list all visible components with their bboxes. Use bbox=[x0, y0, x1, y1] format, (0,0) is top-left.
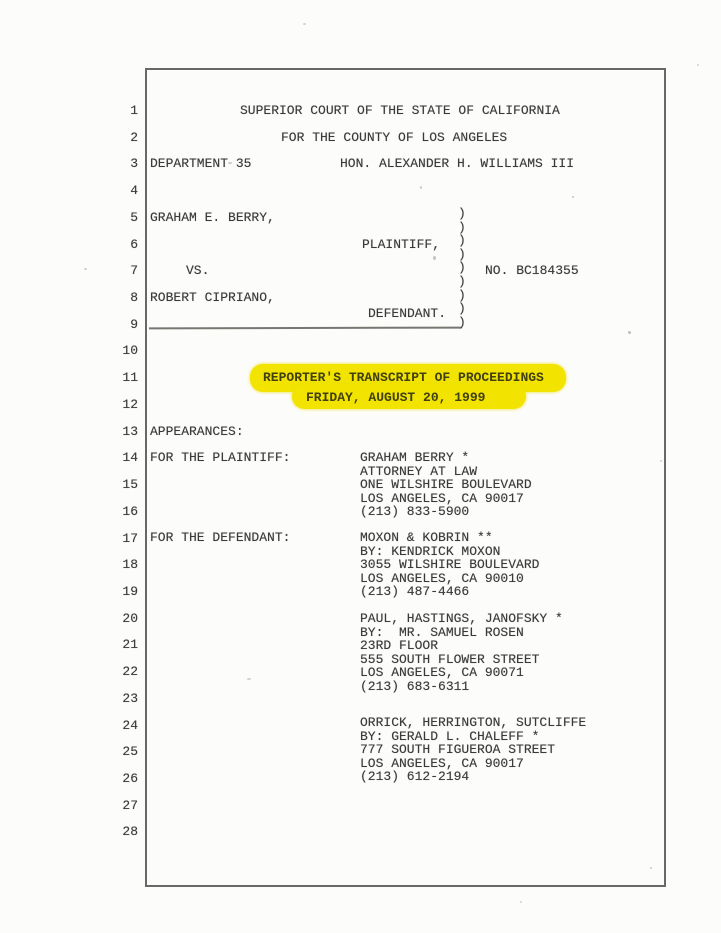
plaintiff-counsel-block: GRAHAM BERRY * ATTORNEY AT LAW ONE WILSH… bbox=[360, 451, 532, 519]
plaintiff-name: GRAHAM E. BERRY, bbox=[150, 211, 275, 225]
court-title: SUPERIOR COURT OF THE STATE OF CALIFORNI… bbox=[240, 104, 560, 118]
defendant-counsel-block-3: ORRICK, HERRINGTON, SUTCLIFFE BY: GERALD… bbox=[360, 716, 586, 784]
for-defendant-label: FOR THE DEFENDANT: bbox=[150, 531, 290, 545]
plaintiff-label: PLAINTIFF, bbox=[362, 238, 440, 252]
department-label: DEPARTMENT 35 bbox=[150, 157, 251, 171]
scan-speck bbox=[303, 23, 306, 25]
scan-speck bbox=[420, 186, 422, 189]
county-line: FOR THE COUNTY OF LOS ANGELES bbox=[281, 131, 507, 145]
scan-speck bbox=[520, 901, 522, 903]
scan-speck bbox=[697, 64, 699, 66]
scan-speck bbox=[628, 331, 631, 334]
defendant-label: DEFENDANT. bbox=[368, 307, 446, 321]
transcript-page: 1 2 3 4 5 6 7 8 9 10 11 12 13 14 15 16 1… bbox=[0, 0, 721, 933]
defendant-counsel-block-2: PAUL, HASTINGS, JANOFSKY * BY: MR. SAMUE… bbox=[360, 612, 563, 694]
transcript-date: FRIDAY, AUGUST 20, 1999 bbox=[306, 391, 485, 405]
defendant-name: ROBERT CIPRIANO, bbox=[150, 291, 275, 305]
line-number-column: 1 2 3 4 5 6 7 8 9 10 11 12 13 14 15 16 1… bbox=[91, 98, 138, 846]
scan-speck bbox=[84, 268, 87, 270]
caption-bracket-column: ) ) ) ) ) ) ) ) ) bbox=[458, 207, 466, 329]
scan-speck bbox=[650, 867, 652, 869]
scan-speck bbox=[572, 196, 574, 198]
transcript-title: REPORTER'S TRANSCRIPT OF PROCEEDINGS bbox=[263, 371, 544, 385]
scan-speck bbox=[660, 460, 662, 462]
appearances-heading: APPEARANCES: bbox=[150, 425, 244, 439]
defendant-counsel-block-1: MOXON & KOBRIN ** BY: KENDRICK MOXON 305… bbox=[360, 531, 539, 599]
case-number: NO. BC184355 bbox=[485, 264, 579, 278]
versus-label: VS. bbox=[186, 264, 209, 278]
scan-speck bbox=[247, 678, 251, 680]
judge-name: HON. ALEXANDER H. WILLIAMS III bbox=[340, 157, 574, 171]
scan-speck bbox=[433, 256, 436, 260]
scan-speck bbox=[228, 162, 232, 164]
for-plaintiff-label: FOR THE PLAINTIFF: bbox=[150, 451, 290, 465]
